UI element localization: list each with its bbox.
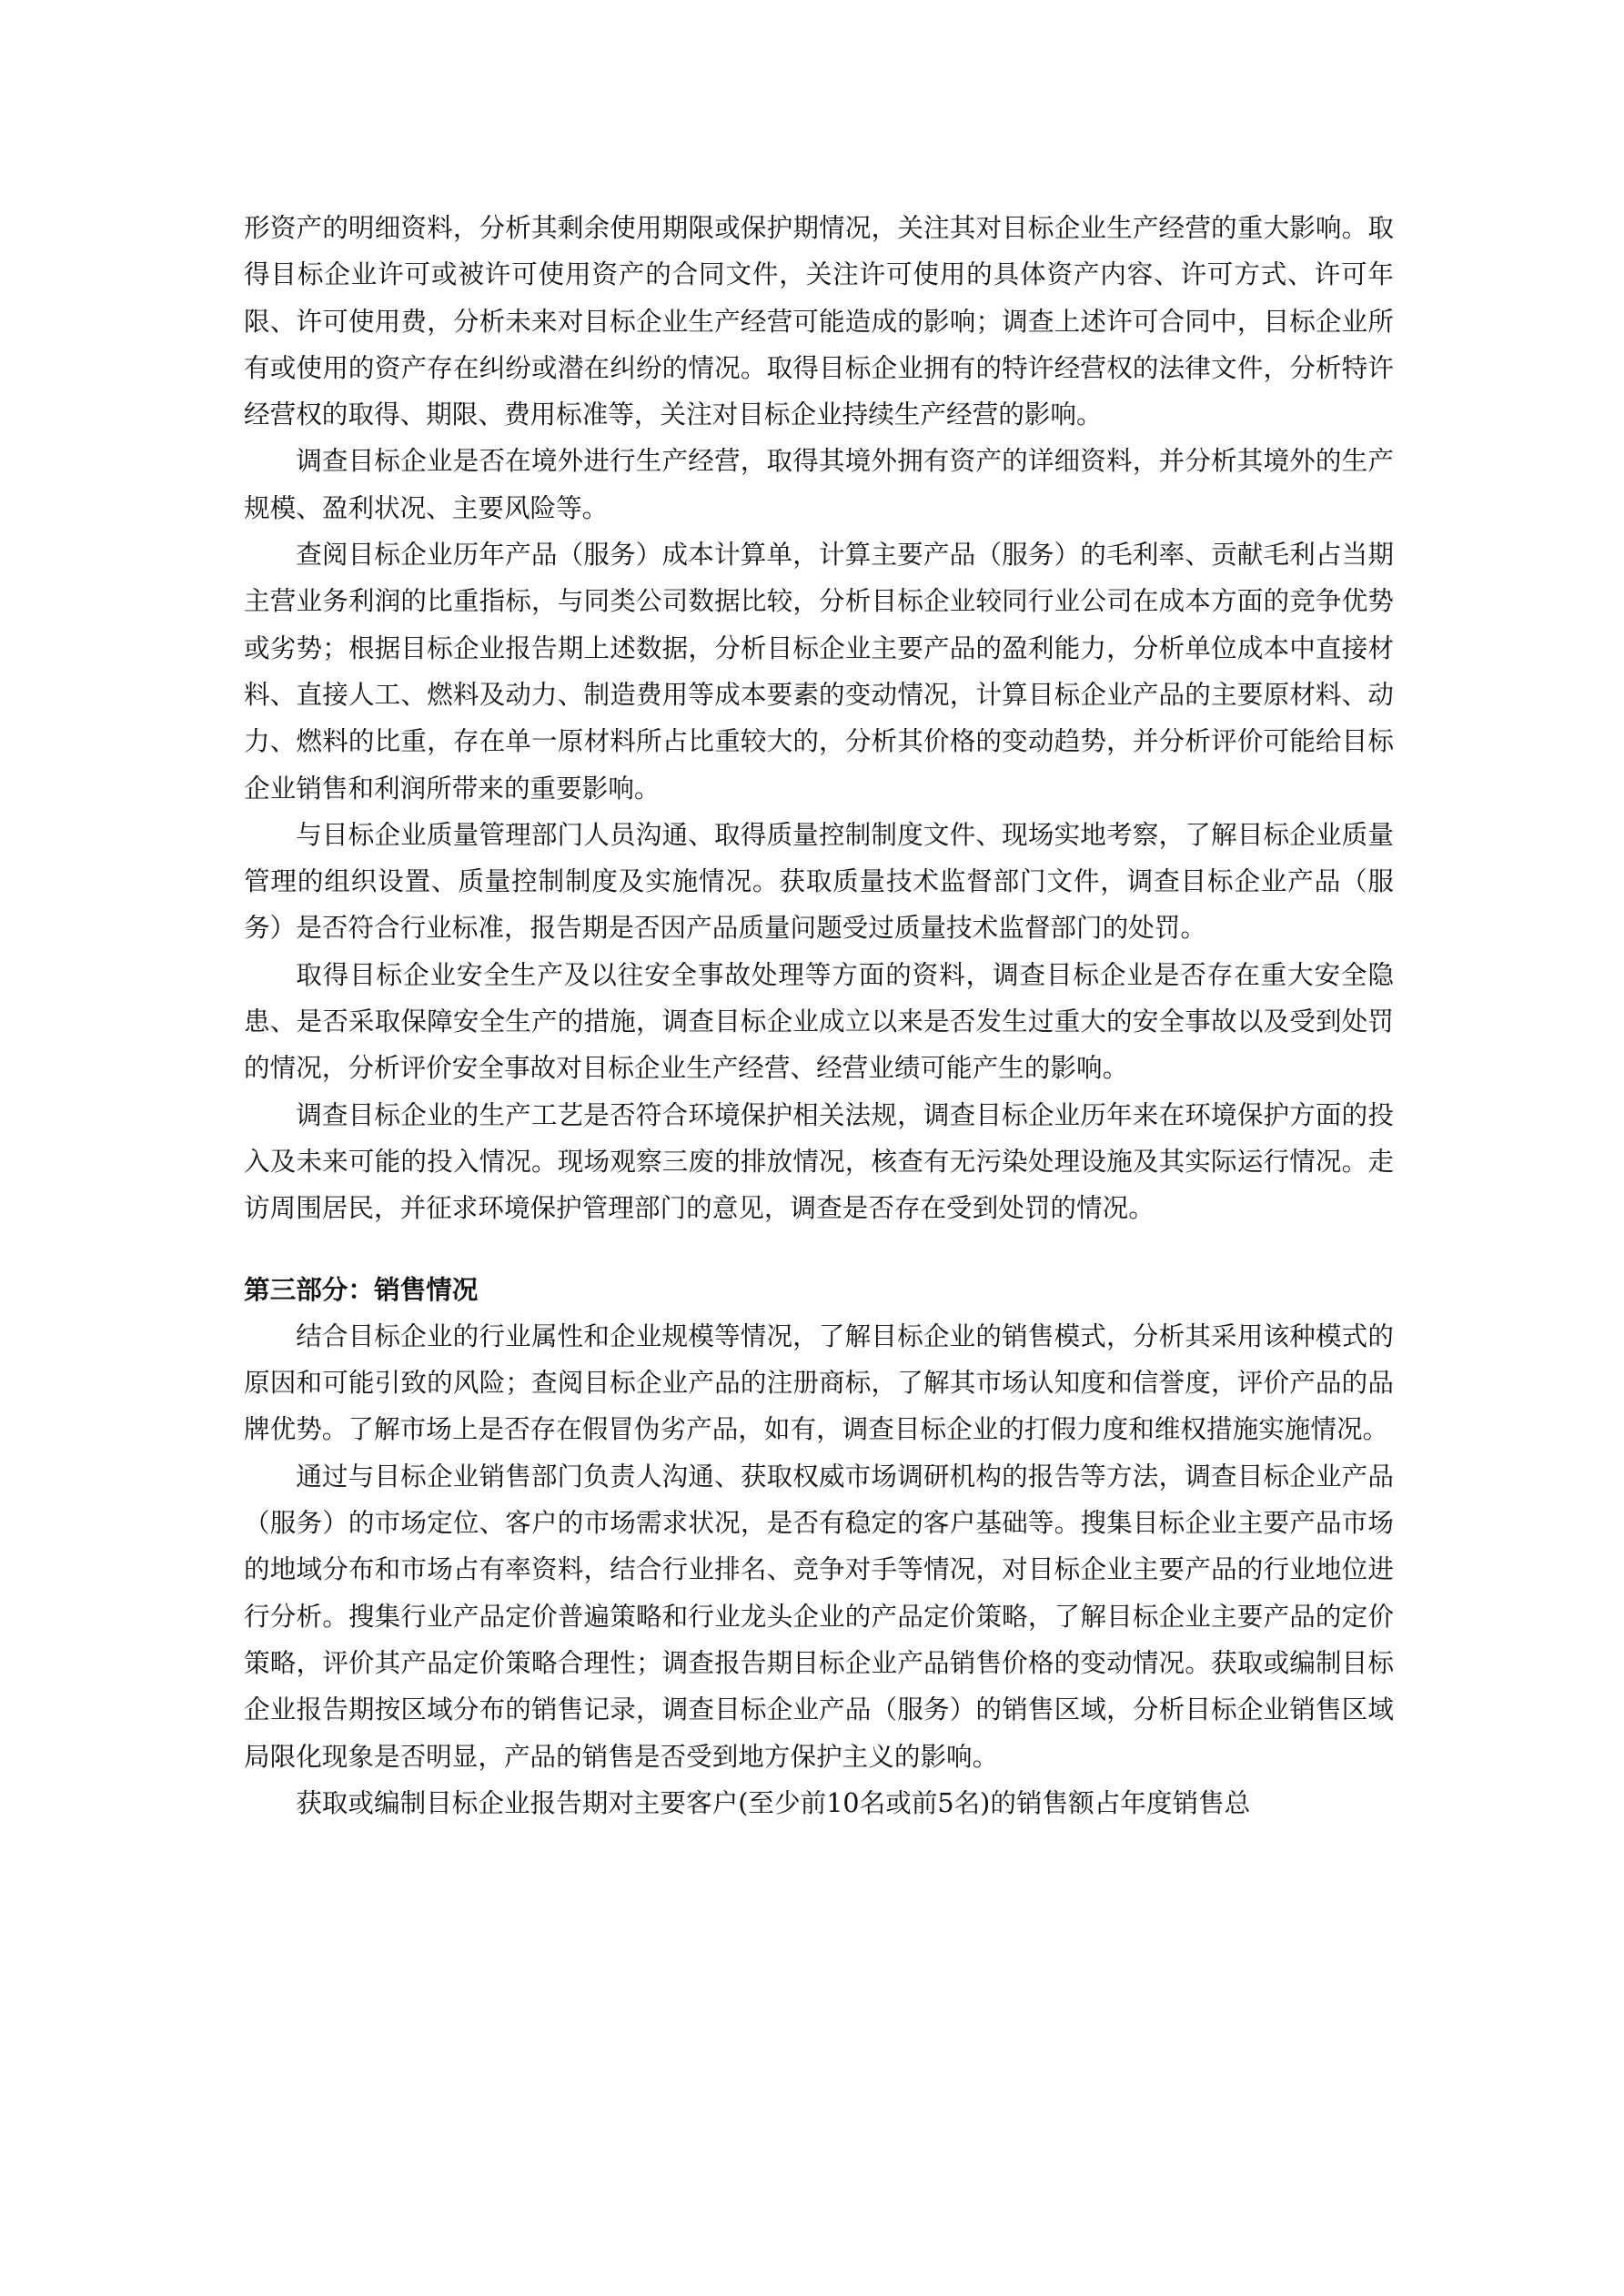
paragraph-safety-production: 取得目标企业安全生产及以往安全事故处理等方面的资料，调查目标企业是否存在重大安全… xyxy=(244,952,1394,1092)
paragraph-cost-analysis: 查阅目标企业历年产品（服务）成本计算单，计算主要产品（服务）的毛利率、贡献毛利占… xyxy=(244,531,1394,812)
paragraph-intangible-assets: 形资产的明细资料，分析其剩余使用期限或保护期情况，关注其对目标企业生产经营的重大… xyxy=(244,205,1394,438)
document-page: 形资产的明细资料，分析其剩余使用期限或保护期情况，关注其对目标企业生产经营的重大… xyxy=(244,205,1394,1826)
paragraph-major-customers: 获取或编制目标企业报告期对主要客户(至少前10名或前5名)的销售额占年度销售总 xyxy=(244,1780,1394,1826)
paragraph-sales-model: 结合目标企业的行业属性和企业规模等情况，了解目标企业的销售模式，分析其采用该种模… xyxy=(244,1313,1394,1453)
paragraph-environmental-protection: 调查目标企业的生产工艺是否符合环境保护相关法规，调查目标企业历年来在环境保护方面… xyxy=(244,1092,1394,1232)
section-heading-sales: 第三部分：销售情况 xyxy=(244,1267,1394,1313)
paragraph-market-positioning: 通过与目标企业销售部门负责人沟通、获取权威市场调研机构的报告等方法，调查目标企业… xyxy=(244,1453,1394,1780)
paragraph-overseas-operations: 调查目标企业是否在境外进行生产经营，取得其境外拥有资产的详细资料，并分析其境外的… xyxy=(244,438,1394,531)
paragraph-quality-management: 与目标企业质量管理部门人员沟通、取得质量控制制度文件、现场实地考察，了解目标企业… xyxy=(244,812,1394,952)
section-spacer xyxy=(244,1232,1394,1267)
